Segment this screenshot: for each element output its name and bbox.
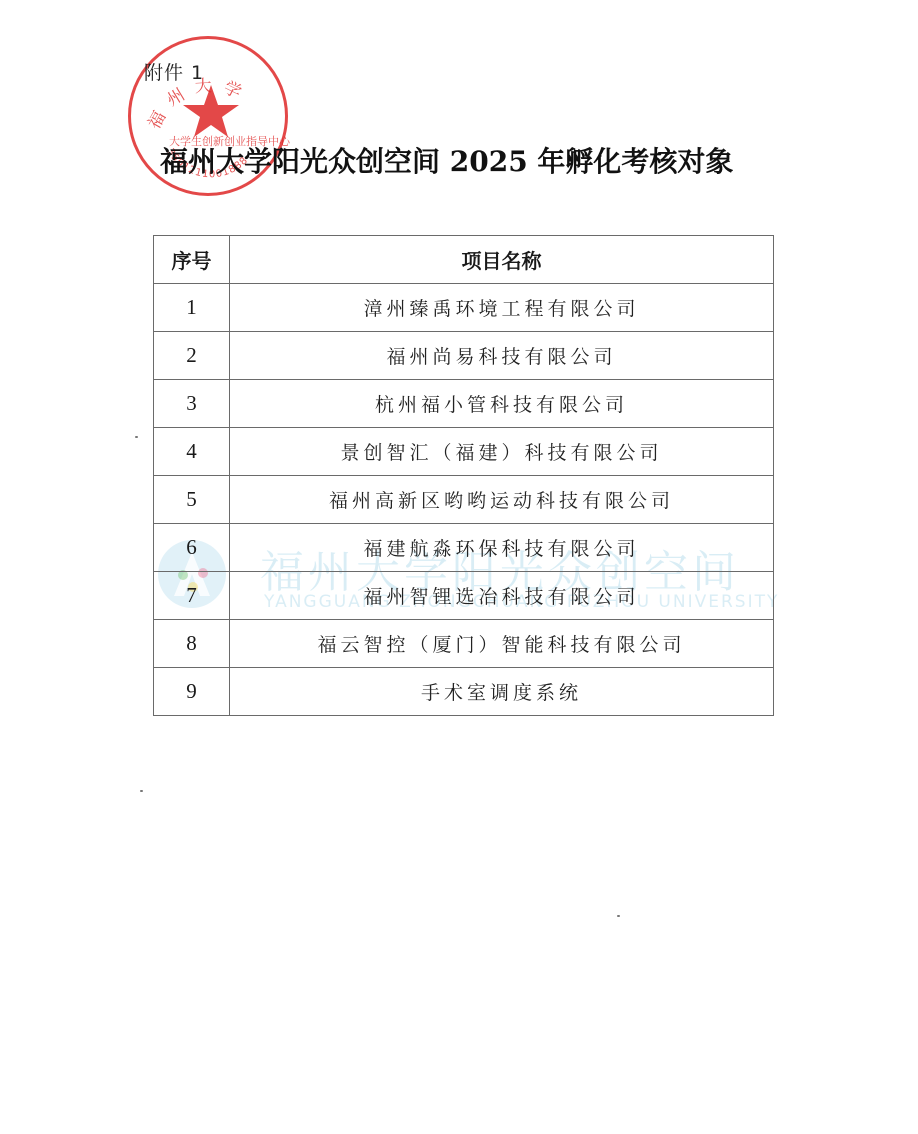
document-title: 福州大学阳光众创空间 2025 年孵化考核对象 xyxy=(160,140,780,180)
table-row: 3 杭州福小管科技有限公司 xyxy=(154,380,774,428)
column-header-project-name: 项目名称 xyxy=(230,236,774,284)
table-row: 9 手术室调度系统 xyxy=(154,668,774,716)
project-name: 福州智锂选冶科技有限公司 xyxy=(230,572,774,620)
scan-speck xyxy=(135,436,138,438)
project-name: 手术室调度系统 xyxy=(230,668,774,716)
project-name: 杭州福小管科技有限公司 xyxy=(230,380,774,428)
row-number: 1 xyxy=(154,284,230,332)
row-number: 8 xyxy=(154,620,230,668)
table-row: 6 福建航淼环保科技有限公司 xyxy=(154,524,774,572)
project-name: 福州高新区哟哟运动科技有限公司 xyxy=(230,476,774,524)
project-name: 漳州臻禹环境工程有限公司 xyxy=(230,284,774,332)
project-name: 景创智汇（福建）科技有限公司 xyxy=(230,428,774,476)
table-row: 8 福云智控（厦门）智能科技有限公司 xyxy=(154,620,774,668)
incubation-list-table: 序号 项目名称 1 漳州臻禹环境工程有限公司 2 福州尚易科技有限公司 3 杭州… xyxy=(153,235,774,716)
row-number: 9 xyxy=(154,668,230,716)
scan-speck xyxy=(140,790,143,792)
row-number: 3 xyxy=(154,380,230,428)
project-name: 福云智控（厦门）智能科技有限公司 xyxy=(230,620,774,668)
project-name: 福建航淼环保科技有限公司 xyxy=(230,524,774,572)
table-row: 5 福州高新区哟哟运动科技有限公司 xyxy=(154,476,774,524)
table-row: 7 福州智锂选冶科技有限公司 xyxy=(154,572,774,620)
row-number: 2 xyxy=(154,332,230,380)
row-number: 5 xyxy=(154,476,230,524)
table-row: 2 福州尚易科技有限公司 xyxy=(154,332,774,380)
table-row: 1 漳州臻禹环境工程有限公司 xyxy=(154,284,774,332)
column-header-number: 序号 xyxy=(154,236,230,284)
row-number: 6 xyxy=(154,524,230,572)
row-number: 7 xyxy=(154,572,230,620)
table-header-row: 序号 项目名称 xyxy=(154,236,774,284)
project-name: 福州尚易科技有限公司 xyxy=(230,332,774,380)
row-number: 4 xyxy=(154,428,230,476)
table-row: 4 景创智汇（福建）科技有限公司 xyxy=(154,428,774,476)
attachment-label: 附件 1 xyxy=(144,58,204,85)
scan-speck xyxy=(617,915,620,917)
